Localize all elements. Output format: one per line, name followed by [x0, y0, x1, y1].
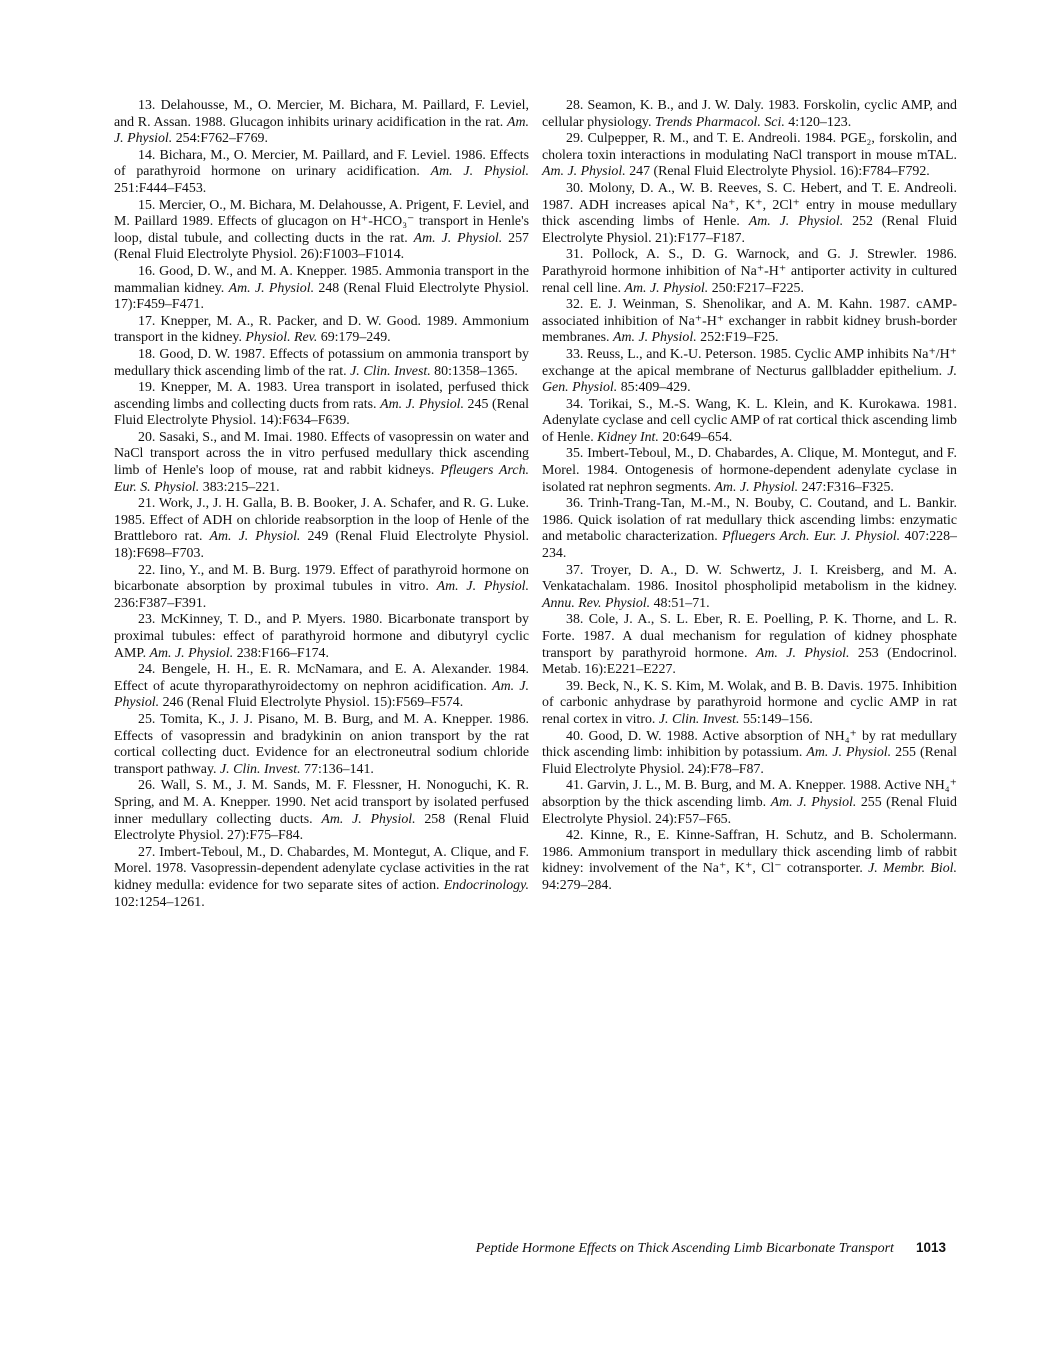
- running-title: Peptide Hormone Effects on Thick Ascendi…: [476, 1241, 894, 1257]
- reference-number: 14: [138, 148, 152, 163]
- journal-name: J. Clin. Invest.: [350, 364, 431, 379]
- reference-number: 27: [138, 845, 152, 860]
- reference-number: 34: [566, 397, 580, 412]
- reference-number: 30: [566, 181, 580, 196]
- reference-number: 41: [566, 778, 580, 793]
- reference-number: 38: [566, 612, 580, 627]
- journal-name: Am. J. Physiol.: [321, 812, 415, 827]
- citation-volume-pages: 48:51–71.: [650, 596, 709, 611]
- citation-volume-pages: 94:279–284.: [542, 878, 612, 893]
- journal-name: Am. J. Physiol.: [613, 330, 697, 345]
- page-footer: Peptide Hormone Effects on Thick Ascendi…: [450, 1240, 946, 1257]
- citation-volume-pages: 102:1254–1261.: [114, 895, 205, 910]
- reference-item: 41. Garvin, J. L., M. B. Burg, and M. A.…: [542, 778, 957, 828]
- references-column-left: 13. Delahousse, M., O. Mercier, M. Bicha…: [114, 98, 529, 911]
- journal-name: Am. J. Physiol.: [210, 529, 301, 544]
- citation-volume-pages: 250:F217–F225.: [708, 281, 804, 296]
- journal-name: Am. J. Physiol.: [714, 480, 798, 495]
- journal-name: Physiol. Rev.: [245, 330, 317, 345]
- journal-name: Am. J. Physiol.: [771, 795, 857, 810]
- reference-item: 37. Troyer, D. A., D. W. Schwertz, J. I.…: [542, 563, 957, 613]
- journal-name: Am. J. Physiol.: [625, 281, 709, 296]
- journal-name: Endocrinology.: [444, 878, 529, 893]
- citation-volume-pages: 20:649–654.: [659, 430, 732, 445]
- reference-text: Troyer, D. A., D. W. Schwertz, J. I. Kre…: [542, 563, 957, 595]
- citation-volume-pages: 80:1358–1365.: [431, 364, 518, 379]
- reference-item: 25. Tomita, K., J. J. Pisano, M. B. Burg…: [114, 712, 529, 778]
- citation-volume-pages: 85:409–429.: [617, 380, 690, 395]
- journal-name: Am. J. Physiol.: [806, 745, 891, 760]
- reference-number: 15: [138, 198, 152, 213]
- reference-text: Culpepper, R. M., and T. E. Andreoli. 19…: [542, 131, 957, 163]
- journal-name: Am. J. Physiol.: [431, 164, 529, 179]
- reference-number: 19: [138, 380, 152, 395]
- references-column-right: 28. Seamon, K. B., and J. W. Daly. 1983.…: [542, 98, 957, 895]
- journal-name: Am. J. Physiol.: [542, 164, 626, 179]
- citation-volume-pages: 254:F762–F769.: [172, 131, 268, 146]
- citation-volume-pages: 55:149–156.: [740, 712, 813, 727]
- reference-item: 19. Knepper, M. A. 1983. Urea transport …: [114, 380, 529, 430]
- reference-item: 21. Work, J., J. H. Galla, B. B. Booker,…: [114, 496, 529, 562]
- reference-item: 15. Mercier, O., M. Bichara, M. Delahous…: [114, 198, 529, 264]
- citation-volume-pages: 247 (Renal Fluid Electrolyte Physiol. 16…: [626, 164, 930, 179]
- reference-item: 35. Imbert-Teboul, M., D. Chabardes, A. …: [542, 446, 957, 496]
- citation-volume-pages: 69:179–249.: [317, 330, 390, 345]
- reference-item: 16. Good, D. W., and M. A. Knepper. 1985…: [114, 264, 529, 314]
- citation-volume-pages: 4:120–123.: [785, 115, 851, 130]
- reference-number: 28: [566, 98, 580, 113]
- reference-item: 20. Sasaki, S., and M. Imai. 1980. Effec…: [114, 430, 529, 496]
- citation-volume-pages: 251:F444–F453.: [114, 181, 206, 196]
- reference-item: 14. Bichara, M., O. Mercier, M. Paillard…: [114, 148, 529, 198]
- reference-number: 17: [138, 314, 152, 329]
- journal-name: Annu. Rev. Physiol.: [542, 596, 650, 611]
- page-number: 1013: [916, 1240, 946, 1255]
- reference-number: 13: [138, 98, 152, 113]
- reference-item: 30. Molony, D. A., W. B. Reeves, S. C. H…: [542, 181, 957, 247]
- reference-item: 29. Culpepper, R. M., and T. E. Andreoli…: [542, 131, 957, 181]
- reference-text: Reuss, L., and K.-U. Peterson. 1985. Cyc…: [542, 347, 957, 379]
- citation-volume-pages: 238:F166–F174.: [233, 646, 329, 661]
- reference-number: 25: [138, 712, 152, 727]
- reference-number: 18: [138, 347, 152, 362]
- journal-name: J. Clin. Invest.: [220, 762, 301, 777]
- reference-number: 31: [566, 247, 580, 262]
- reference-text: Bengele, H. H., E. R. McNamara, and E. A…: [114, 662, 529, 694]
- reference-item: 42. Kinne, R., E. Kinne-Saffran, H. Schu…: [542, 828, 957, 894]
- reference-item: 27. Imbert-Teboul, M., D. Chabardes, M. …: [114, 845, 529, 911]
- citation-volume-pages: 383:215–221.: [199, 480, 279, 495]
- journal-name: J. Clin. Invest.: [659, 712, 740, 727]
- reference-number: 39: [566, 679, 580, 694]
- reference-item: 26. Wall, S. M., J. M. Sands, M. F. Fles…: [114, 778, 529, 844]
- citation-volume-pages: 236:F387–F391.: [114, 596, 206, 611]
- reference-item: 23. McKinney, T. D., and P. Myers. 1980.…: [114, 612, 529, 662]
- reference-number: 37: [566, 563, 580, 578]
- reference-number: 24: [138, 662, 152, 677]
- citation-volume-pages: 77:136–141.: [301, 762, 374, 777]
- reference-number: 32: [566, 297, 580, 312]
- journal-name: Am. J. Physiol.: [756, 646, 850, 661]
- reference-item: 13. Delahousse, M., O. Mercier, M. Bicha…: [114, 98, 529, 148]
- journal-name: Am. J. Physiol.: [380, 397, 464, 412]
- reference-number: 42: [566, 828, 580, 843]
- reference-item: 40. Good, D. W. 1988. Active absorption …: [542, 729, 957, 779]
- journal-name: Am. J. Physiol.: [749, 214, 844, 229]
- reference-item: 38. Cole, J. A., S. L. Eber, R. E. Poell…: [542, 612, 957, 678]
- reference-item: 31. Pollock, A. S., D. G. Warnock, and G…: [542, 247, 957, 297]
- reference-number: 20: [138, 430, 152, 445]
- reference-number: 29: [566, 131, 580, 146]
- journal-name: Am. J. Physiol.: [437, 579, 529, 594]
- journal-name: Am. J. Physiol.: [229, 281, 314, 296]
- citation-volume-pages: 252:F19–F25.: [697, 330, 779, 345]
- journal-name: Pfluegers Arch. Eur. J. Physiol.: [722, 529, 900, 544]
- reference-text: Delahousse, M., O. Mercier, M. Bichara, …: [114, 98, 529, 130]
- journal-name: Am. J. Physiol.: [414, 231, 503, 246]
- reference-item: 39. Beck, N., K. S. Kim, M. Wolak, and B…: [542, 679, 957, 729]
- reference-item: 24. Bengele, H. H., E. R. McNamara, and …: [114, 662, 529, 712]
- reference-item: 33. Reuss, L., and K.-U. Peterson. 1985.…: [542, 347, 957, 397]
- reference-number: 35: [566, 446, 580, 461]
- reference-number: 40: [566, 729, 580, 744]
- reference-number: 22: [138, 563, 152, 578]
- reference-item: 32. E. J. Weinman, S. Shenolikar, and A.…: [542, 297, 957, 347]
- reference-number: 16: [138, 264, 152, 279]
- reference-number: 33: [566, 347, 580, 362]
- reference-number: 23: [138, 612, 152, 627]
- reference-number: 26: [138, 778, 152, 793]
- reference-item: 36. Trinh-Trang-Tan, M.-M., N. Bouby, C.…: [542, 496, 957, 562]
- journal-name: Trends Pharmacol. Sci.: [655, 115, 785, 130]
- reference-number: 21: [138, 496, 152, 511]
- journal-name: Kidney Int.: [597, 430, 659, 445]
- citation-volume-pages: 247:F316–F325.: [798, 480, 894, 495]
- reference-item: 22. Iino, Y., and M. B. Burg. 1979. Effe…: [114, 563, 529, 613]
- citation-volume-pages: 246 (Renal Fluid Electrolyte Physiol. 15…: [159, 695, 463, 710]
- reference-item: 28. Seamon, K. B., and J. W. Daly. 1983.…: [542, 98, 957, 131]
- journal-name: Am. J. Physiol.: [150, 646, 234, 661]
- reference-item: 18. Good, D. W. 1987. Effects of potassi…: [114, 347, 529, 380]
- reference-item: 17. Knepper, M. A., R. Packer, and D. W.…: [114, 314, 529, 347]
- reference-number: 36: [566, 496, 580, 511]
- reference-item: 34. Torikai, S., M.-S. Wang, K. L. Klein…: [542, 397, 957, 447]
- journal-name: J. Membr. Biol.: [868, 861, 957, 876]
